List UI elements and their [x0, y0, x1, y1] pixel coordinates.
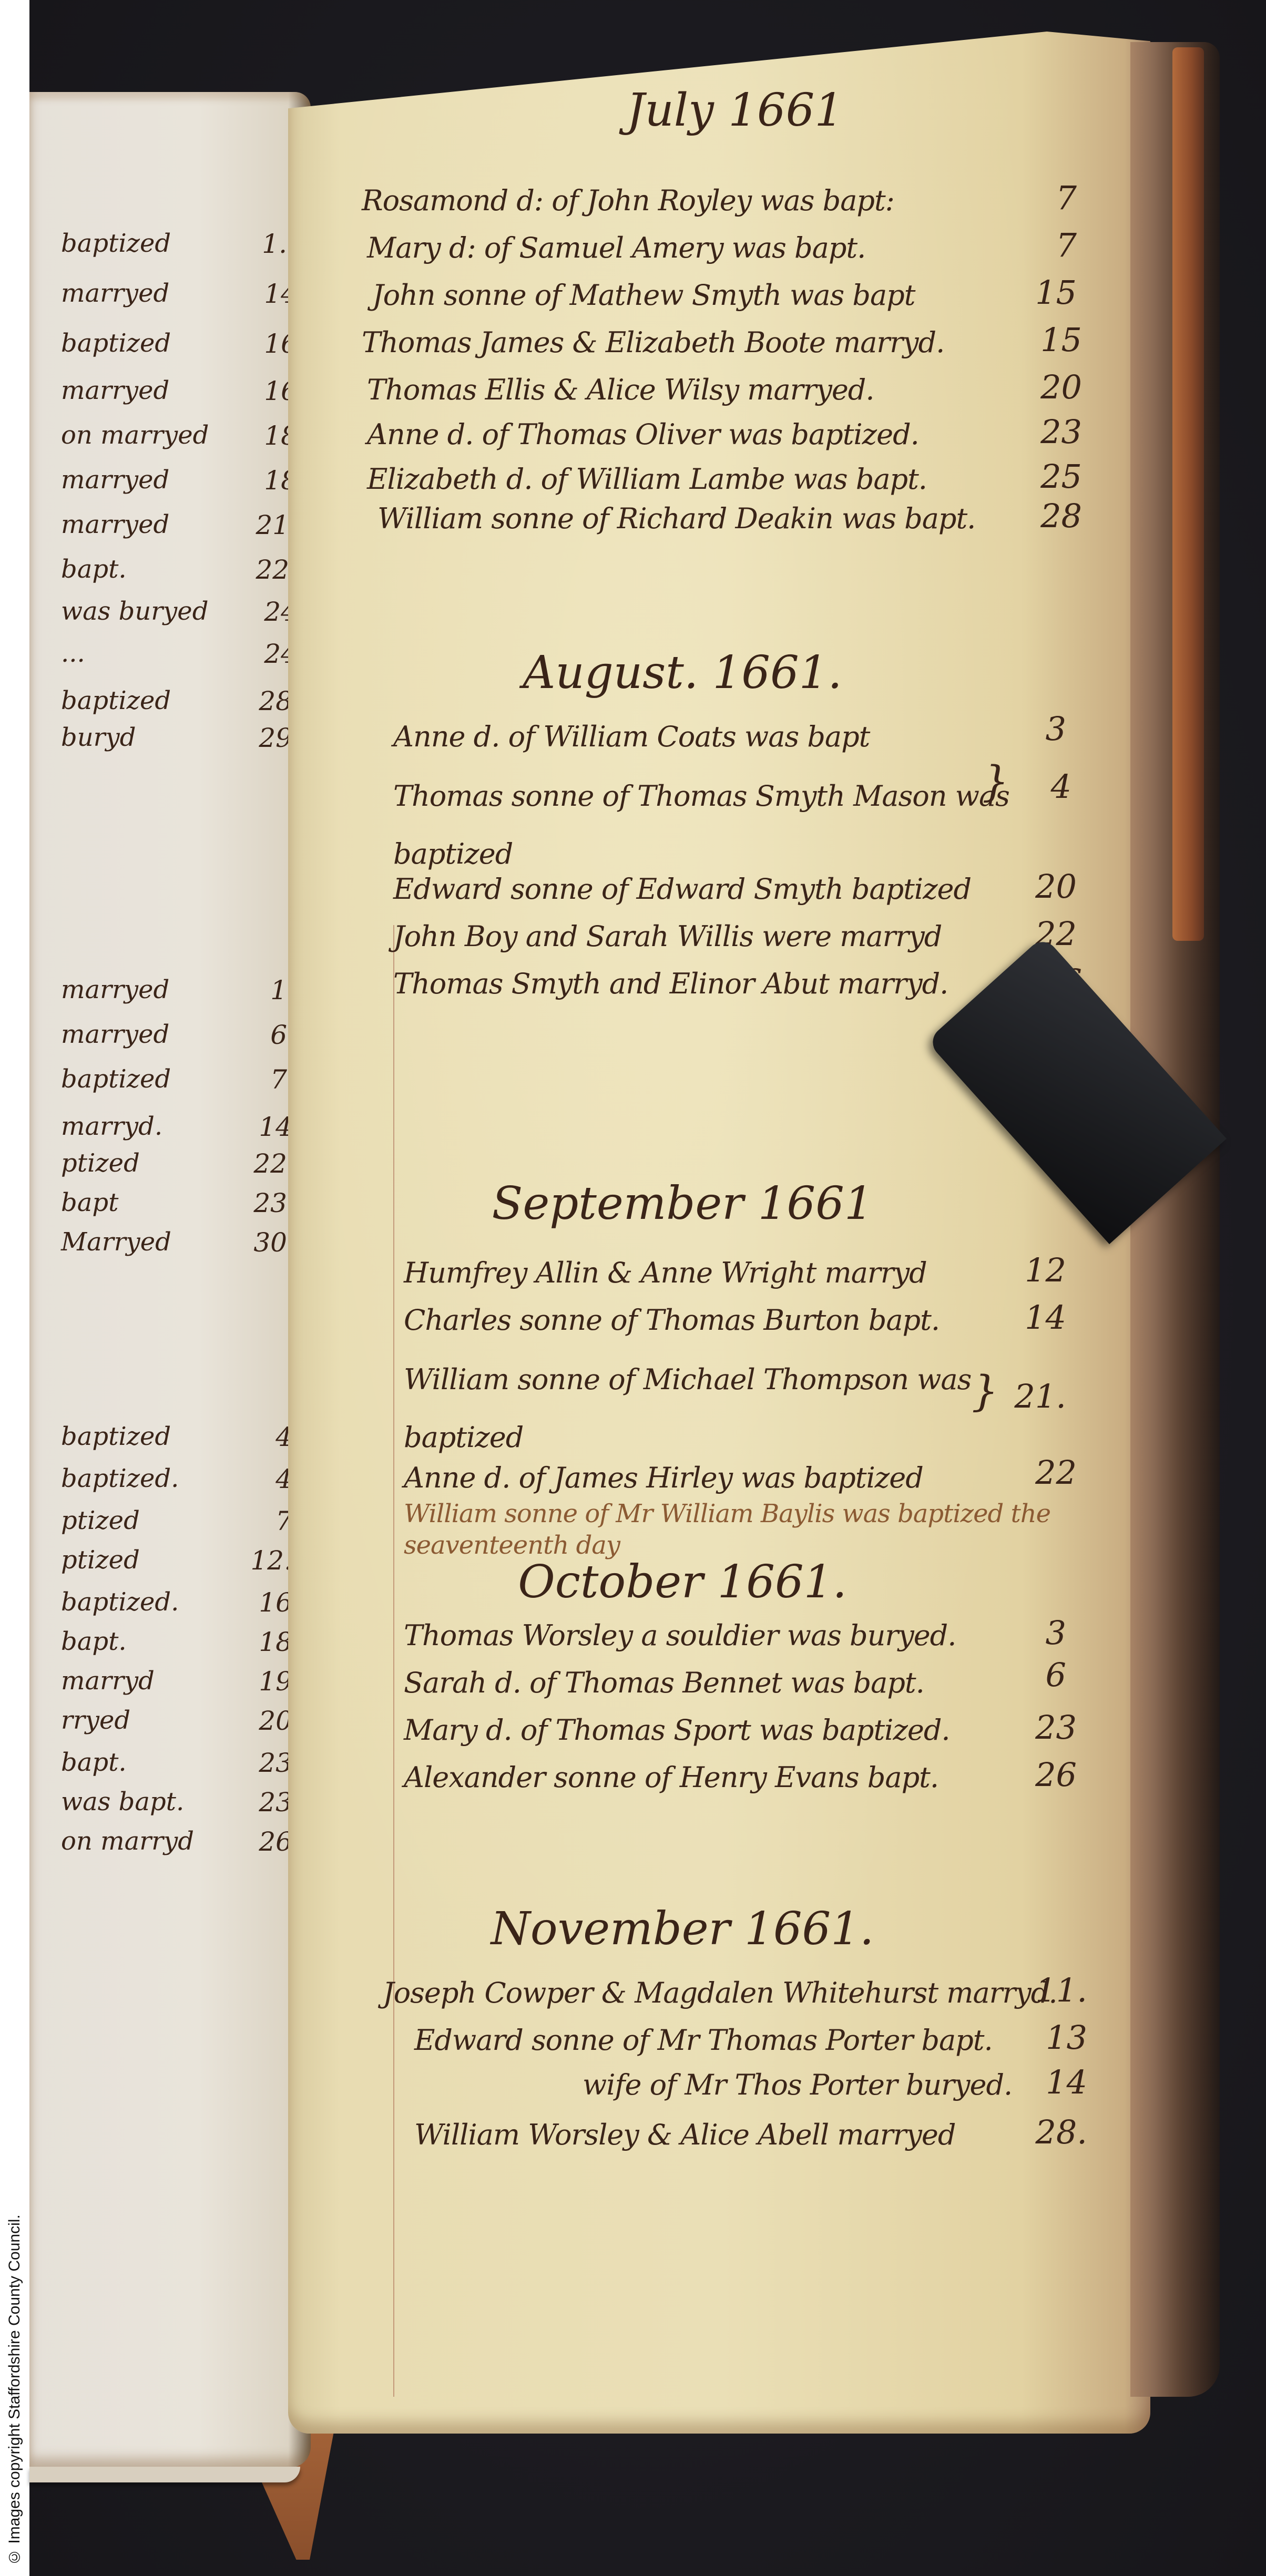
left-entry: marryed: [61, 376, 169, 405]
left-entry: baptized.: [61, 1464, 179, 1493]
left-entry: on marryed: [61, 420, 209, 450]
entry-day: 13: [1024, 2018, 1087, 2057]
entry-day: 28: [1019, 497, 1082, 535]
left-entry: marryed: [61, 279, 169, 308]
entry-day: 23: [1019, 413, 1082, 451]
left-entry: bapt.: [61, 555, 127, 584]
entry-day: 22: [1014, 1453, 1077, 1492]
entry-day: 20: [1019, 368, 1082, 406]
register-entry: wife of Mr Thos Porter buryed.: [583, 2068, 1012, 2101]
entry-day: 23: [1014, 1708, 1077, 1747]
register-entry: Thomas Ellis & Alice Wilsy marryed.: [367, 373, 874, 406]
copyright-notice: © Images copyright Staffordshire County …: [4, 2198, 25, 2565]
left-entry: marryd.: [61, 1112, 162, 1141]
left-entry: ...: [61, 639, 85, 668]
left-entry: marryd: [61, 1666, 155, 1696]
register-entry: William Worsley & Alice Abell marryed: [414, 2118, 955, 2151]
entry-day: 28.: [1024, 2113, 1087, 2151]
left-entry: bapt: [61, 1188, 118, 1217]
entry-day: 14: [1003, 1298, 1066, 1337]
left-entry-day: 7: [229, 1064, 287, 1095]
left-entry: baptized.: [61, 1587, 179, 1617]
brace-mark: }: [982, 757, 1009, 806]
left-entry: Marryed: [61, 1227, 171, 1257]
register-entry: William sonne of Richard Deakin was bapt…: [377, 502, 975, 535]
register-entry: William sonne of Michael Thompson was ba…: [404, 1351, 1008, 1466]
entry-day: 21.: [1003, 1377, 1066, 1415]
left-entry: ptized: [61, 1506, 140, 1535]
entry-day: 25: [1019, 457, 1082, 496]
left-entry-day: 23: [234, 1787, 292, 1818]
register-entry: Thomas sonne of Thomas Smyth Mason was b…: [393, 767, 1024, 883]
register-entry: Thomas Worsley a souldier was buryed.: [404, 1619, 956, 1652]
left-entry: ptized: [61, 1148, 140, 1178]
register-entry: Thomas James & Elizabeth Boote marryd.: [362, 326, 944, 359]
register-entry: Charles sonne of Thomas Burton bapt.: [404, 1304, 940, 1337]
left-entry: marryed: [61, 1020, 169, 1049]
left-entry: was bapt.: [61, 1787, 184, 1816]
entry-day: 6: [1003, 1656, 1066, 1694]
register-entry: Edward sonne of Edward Smyth baptized: [393, 873, 971, 906]
register-entry-faded: William sonne of Mr William Baylis was b…: [404, 1498, 1061, 1561]
entry-day: 3: [1003, 1614, 1066, 1652]
entry-day: 11.: [1024, 1971, 1087, 2009]
left-entry-day: 29: [234, 723, 292, 753]
left-entry: marryed: [61, 975, 169, 1004]
left-entry-day: 1.: [229, 229, 287, 259]
brace-mark: }: [972, 1367, 998, 1415]
entry-day: 7: [1014, 226, 1077, 264]
register-entry: John Boy and Sarah Willis were marryd: [393, 920, 942, 953]
left-entry: baptized: [61, 1064, 171, 1094]
register-entry: Anne d. of James Hirley was baptized: [404, 1461, 923, 1494]
left-entry: buryd: [61, 723, 136, 752]
entry-day: 15: [1014, 273, 1077, 312]
left-entry-day: 30: [229, 1227, 287, 1258]
left-entry: rryed: [61, 1706, 130, 1735]
register-entry: Edward sonne of Mr Thomas Porter bapt.: [414, 2024, 993, 2057]
left-entry-day: 6: [229, 1020, 287, 1050]
left-entry: bapt.: [61, 1627, 127, 1656]
left-entry-day: 23: [234, 1748, 292, 1778]
month-heading-august: August. 1661.: [446, 646, 919, 699]
white-margin: © Images copyright Staffordshire County …: [0, 0, 29, 2576]
entry-day: 26: [1014, 1756, 1077, 1794]
entry-day: 15: [1019, 321, 1082, 359]
left-entry-day: 16: [234, 1587, 292, 1618]
register-entry: John sonne of Mathew Smyth was bapt: [372, 279, 915, 312]
month-heading-october: October 1661.: [446, 1556, 919, 1608]
month-heading-september: September 1661: [446, 1177, 919, 1230]
register-entry: Alexander sonne of Henry Evans bapt.: [404, 1761, 938, 1794]
left-entry: baptized: [61, 229, 171, 258]
month-heading-november: November 1661.: [446, 1903, 919, 1955]
register-entry: Thomas Smyth and Elinor Abut marryd.: [393, 967, 948, 1000]
entry-day: 7: [1014, 179, 1077, 217]
register-entry: Elizabeth d. of William Lambe was bapt.: [367, 463, 927, 496]
register-entry: Anne d. of William Coats was bapt: [393, 720, 870, 753]
register-entry: Rosamond d: of John Royley was bapt:: [362, 184, 894, 217]
left-page: baptized 1. marryed 14 baptized 16 marry…: [29, 92, 311, 2468]
left-entry: baptized: [61, 1422, 171, 1451]
entry-day: 12: [1003, 1251, 1066, 1289]
left-entry-day: 1: [229, 975, 287, 1005]
left-entry-day: 22: [229, 1148, 287, 1179]
left-entry: bapt.: [61, 1748, 127, 1777]
left-entry-day: 4: [234, 1464, 292, 1494]
left-entry: ptized: [61, 1545, 140, 1575]
left-entry-day: 18: [234, 1627, 292, 1657]
register-entry: Sarah d. of Thomas Bennet was bapt.: [404, 1666, 924, 1699]
left-entry-day: 19: [234, 1666, 292, 1697]
left-entry-day: 23: [229, 1188, 287, 1218]
left-entry: marryed: [61, 465, 169, 495]
register-entry: Humfrey Allin & Anne Wright marryd: [404, 1256, 927, 1289]
register-entry: Mary d: of Samuel Amery was bapt.: [367, 231, 865, 264]
left-entry-day: 26: [234, 1826, 292, 1857]
entry-day: 14: [1024, 2063, 1087, 2101]
left-entry: marryed: [61, 510, 169, 539]
left-entry: was buryed: [61, 597, 208, 626]
left-entry-day: 14: [234, 1112, 292, 1142]
left-entry-day: 7: [234, 1506, 292, 1536]
entry-day: 20: [1014, 867, 1077, 906]
left-entry: baptized: [61, 329, 171, 358]
entry-day: 3: [1003, 710, 1066, 748]
left-entry: on marryd: [61, 1826, 194, 1856]
register-entry: Mary d. of Thomas Sport was baptized.: [404, 1713, 950, 1747]
entry-day: 4: [1008, 767, 1071, 806]
left-entry-day: 4: [234, 1422, 292, 1452]
left-entry: baptized: [61, 686, 171, 715]
left-entry-day: 28: [234, 686, 292, 716]
month-heading-july: July 1661: [498, 84, 972, 137]
right-page: 161 July 1661 Rosamond d: of John Royley…: [288, 32, 1150, 2434]
ruled-margin-line: [393, 925, 394, 2397]
register-entry: Anne d. of Thomas Oliver was baptized.: [367, 418, 919, 451]
leather-spine-strip: [1172, 47, 1204, 941]
left-entry-day: 20: [234, 1706, 292, 1736]
left-entry-day: 12.: [234, 1545, 292, 1576]
register-entry: Joseph Cowper & Magdalen Whitehurst marr…: [383, 1976, 1057, 2009]
